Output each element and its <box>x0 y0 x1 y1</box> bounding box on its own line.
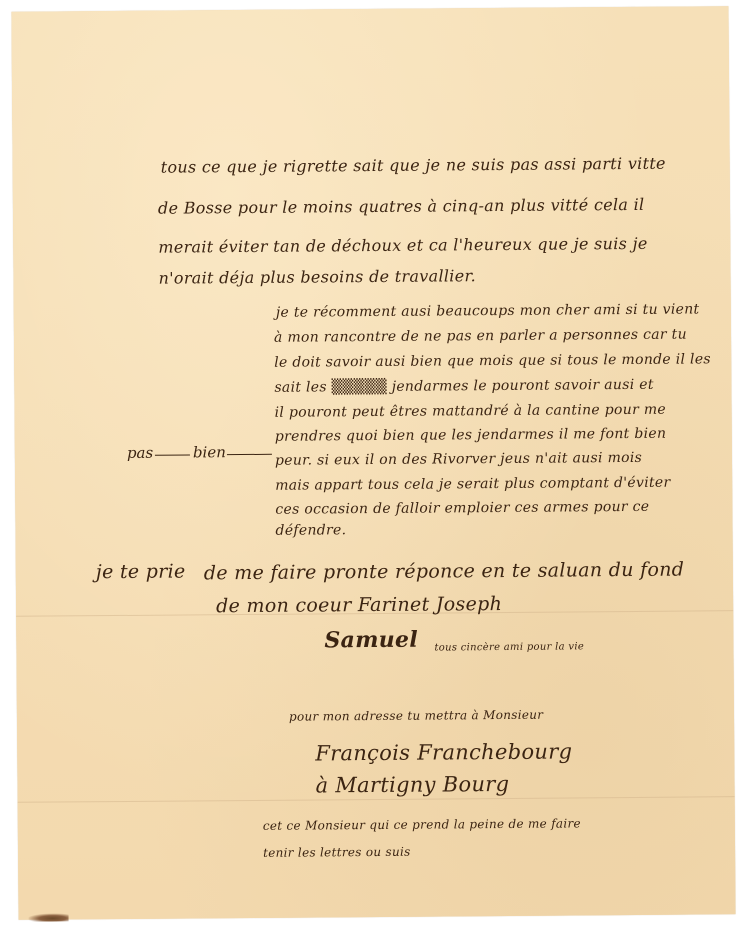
address-name: François Franchebourg <box>315 739 572 765</box>
paragraph1-line1: tous ce que je rigrette sait que je ne s… <box>161 154 666 177</box>
margin-note-word1: pas <box>127 444 153 462</box>
letter-page: tous ce que je rigrette sait que je ne s… <box>11 6 735 920</box>
ink-stain <box>29 913 69 921</box>
paragraph2-line8: mais appart tous cela je serait plus com… <box>275 475 670 494</box>
paragraph1-line3: merait éviter tan de déchoux et ca l'heu… <box>158 234 647 257</box>
paragraph2-line1: je te récomment ausi beaucoups mon cher … <box>276 301 700 320</box>
closing-line1: de me faire pronte réponce en te saluan … <box>204 559 684 585</box>
margin-note-word2: bien <box>193 443 226 461</box>
closing-prefix: je te prie <box>96 560 186 583</box>
paragraph1-line4: n'orait déja plus besoins de travallier. <box>158 266 476 287</box>
paper-fold-line <box>18 796 735 803</box>
paragraph1-line2: de Bosse pour le moins quatres à cinq-an… <box>158 195 645 218</box>
paragraph2-line3: le doit savoir ausi bien que mois que si… <box>274 351 711 370</box>
paragraph2-line6: prendres quoi bien que les jendarmes il … <box>275 426 667 445</box>
signature-note: tous cincère ami pour la vie <box>434 641 584 653</box>
paragraph2-line2: à mon rancontre de ne pas en parler a pe… <box>274 327 687 346</box>
paragraph2-line9: ces occasion de falloir emploier ces arm… <box>275 499 649 518</box>
paragraph2-line7: peur. si eux il on des Rivorver jeus n'a… <box>275 450 642 469</box>
closing-line2: de mon coeur Farinet Joseph <box>216 593 502 617</box>
address-intro: pour mon adresse tu mettra à Monsieur <box>289 708 543 724</box>
margin-connector-line <box>227 454 272 455</box>
margin-connector-line <box>155 454 190 455</box>
address-note-line2: tenir les lettres ou suis <box>263 845 411 860</box>
address-place: à Martigny Bourg <box>315 772 509 798</box>
paragraph2-line5: il pouront peut êtres mattandré à la can… <box>275 402 666 421</box>
paragraph2-line4: sait les ▒▒▒▒▒ jendarmes le pouront savo… <box>274 377 653 396</box>
signature: Samuel <box>324 627 418 654</box>
paragraph2-line10: défendre. <box>275 522 346 539</box>
address-note-line1: cet ce Monsieur qui ce prend la peine de… <box>263 816 581 832</box>
